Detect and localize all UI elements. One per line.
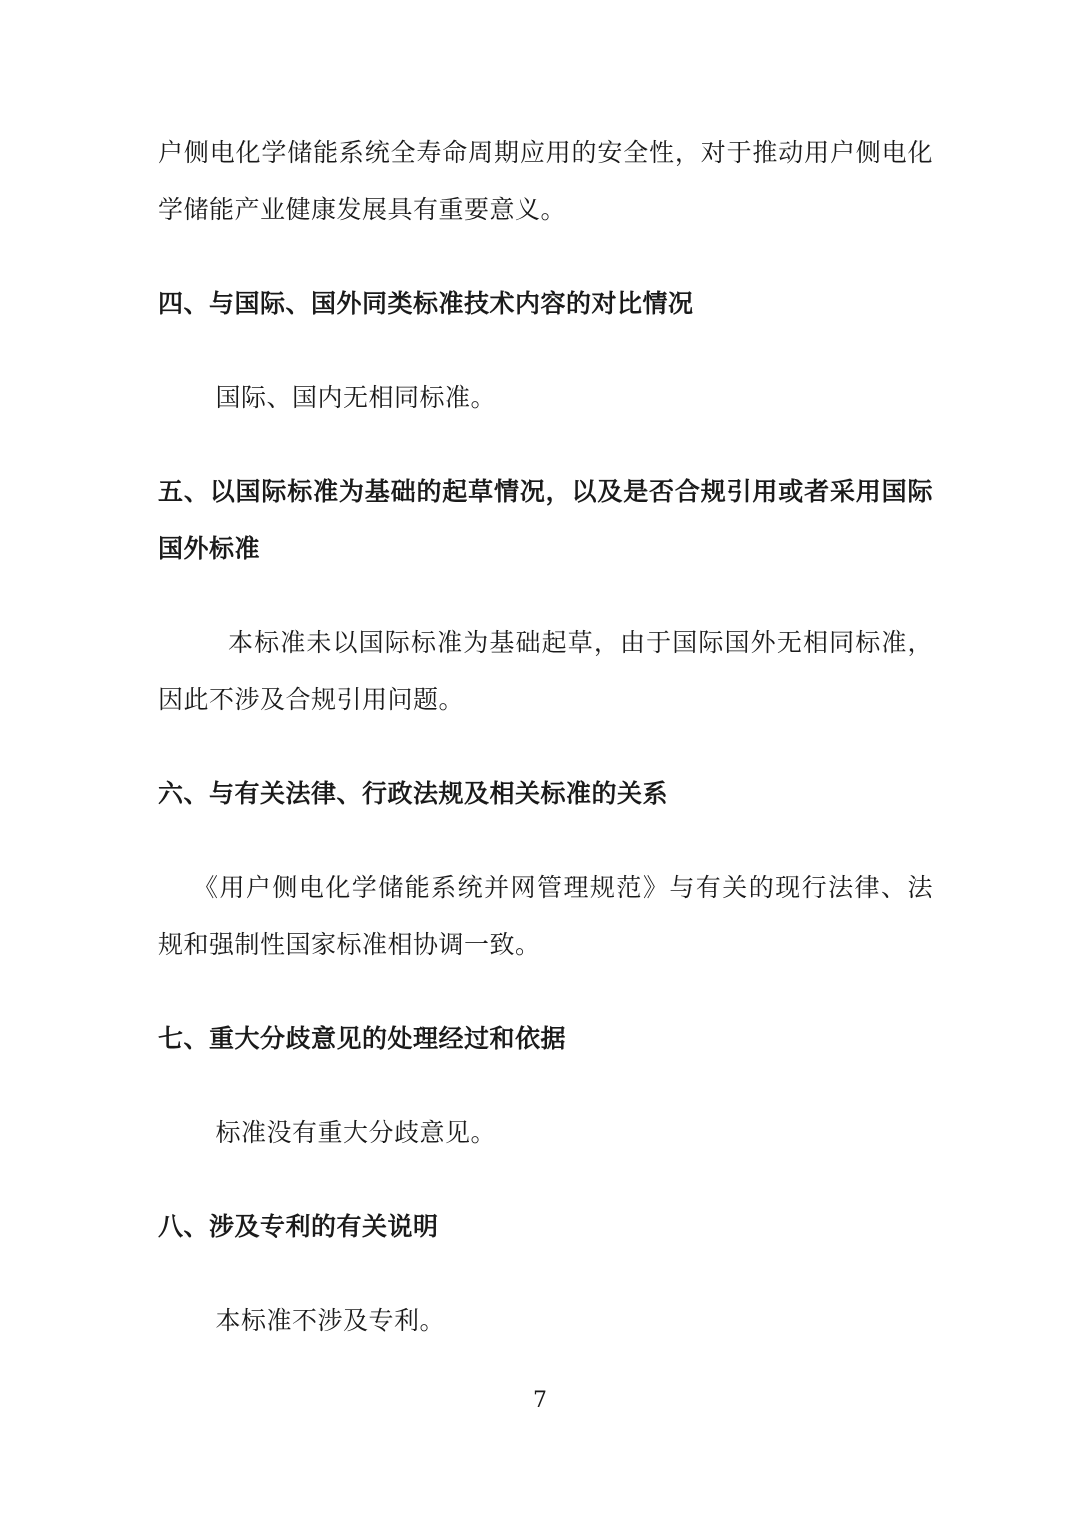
heading-section-5: 五、以国际标准为基础的起草情况，以及是否合规引用或者采用国际 国外标准 (158, 463, 933, 577)
heading-line: 七、重大分歧意见的处理经过和依据 (158, 1010, 933, 1067)
heading-section-8: 八、涉及专利的有关说明 (158, 1198, 933, 1255)
heading-line: 六、与有关法律、行政法规及相关标准的关系 (158, 765, 933, 822)
paragraph-line: 本标准未以国际标准为基础起草，由于国际国外无相同标准， (158, 614, 933, 671)
paragraph-line: 本标准不涉及专利。 (158, 1292, 933, 1349)
heading-line: 四、与国际、国外同类标准技术内容的对比情况 (158, 275, 933, 332)
paragraph-section-4: 国际、国内无相同标准。 (158, 369, 933, 426)
paragraph-line: 《用户侧电化学储能系统并网管理规范》与有关的现行法律、法 (158, 859, 933, 916)
paragraph-line: 户侧电化学储能系统全寿命周期应用的安全性，对于推动用户侧电化 (158, 124, 933, 181)
paragraph-section-6: 《用户侧电化学储能系统并网管理规范》与有关的现行法律、法 规和强制性国家标准相协… (158, 859, 933, 973)
heading-section-4: 四、与国际、国外同类标准技术内容的对比情况 (158, 275, 933, 332)
heading-line: 八、涉及专利的有关说明 (158, 1198, 933, 1255)
page-number: 7 (0, 1386, 1080, 1416)
document-page: 户侧电化学储能系统全寿命周期应用的安全性，对于推动用户侧电化 学储能产业健康发展… (0, 0, 1080, 1527)
paragraph-line: 学储能产业健康发展具有重要意义。 (158, 181, 933, 238)
paragraph-line: 国际、国内无相同标准。 (158, 369, 933, 426)
paragraph-line: 标准没有重大分歧意见。 (158, 1104, 933, 1161)
paragraph-line: 因此不涉及合规引用问题。 (158, 671, 933, 728)
paragraph-section-8: 本标准不涉及专利。 (158, 1292, 933, 1349)
paragraph-continuation: 户侧电化学储能系统全寿命周期应用的安全性，对于推动用户侧电化 学储能产业健康发展… (158, 124, 933, 238)
paragraph-section-5: 本标准未以国际标准为基础起草，由于国际国外无相同标准， 因此不涉及合规引用问题。 (158, 614, 933, 728)
heading-line: 国外标准 (158, 520, 933, 577)
heading-section-6: 六、与有关法律、行政法规及相关标准的关系 (158, 765, 933, 822)
document-body: 户侧电化学储能系统全寿命周期应用的安全性，对于推动用户侧电化 学储能产业健康发展… (158, 124, 933, 1349)
paragraph-line: 规和强制性国家标准相协调一致。 (158, 916, 933, 973)
paragraph-section-7: 标准没有重大分歧意见。 (158, 1104, 933, 1161)
heading-line: 五、以国际标准为基础的起草情况，以及是否合规引用或者采用国际 (158, 463, 933, 520)
heading-section-7: 七、重大分歧意见的处理经过和依据 (158, 1010, 933, 1067)
